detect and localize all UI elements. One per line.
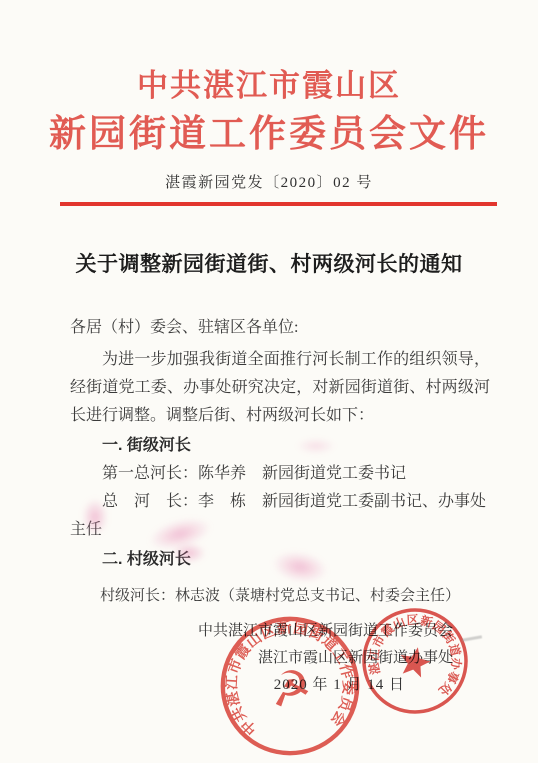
letterhead: 中共湛江市霞山区 新园街道工作委员会文件 湛霞新园党发〔2020〕02 号: [0, 0, 538, 206]
section-1-item-2: 总 河 长：李 栋 新园街道党工委副书记、办事处主任: [70, 488, 490, 544]
document-body: 各居（村）委会、驻辖区各单位: 为进一步加强我街道全面推行河长制工作的组织领导，…: [0, 314, 538, 699]
signature-date: 2020 年 1 月 14 日: [70, 672, 453, 699]
section-2-item-1: 村级河长：林志波（菉塘村党总支书记、村委会主任）: [70, 582, 490, 610]
issuing-org-line2: 新园街道工作委员会文件: [0, 112, 538, 158]
scanned-official-document: 中共湛江市霞山区 新园街道工作委员会文件 湛霞新园党发〔2020〕02 号 关于…: [0, 0, 538, 763]
section-1-item-1: 第一总河长：陈华养 新园街道党工委书记: [70, 460, 490, 488]
section-1-heading: 一. 街级河长: [70, 432, 490, 460]
letterhead-divider-rule: [60, 202, 497, 206]
document-title: 关于调整新园街道街、村两级河长的通知: [0, 248, 538, 278]
signature-office: 湛江市霞山区新园街道办事处: [70, 645, 453, 672]
signature-block: 中共湛江市霞山区新园街道工作委员会 湛江市霞山区新园街道办事处 2020 年 1…: [70, 618, 490, 699]
document-number: 湛霞新园党发〔2020〕02 号: [0, 171, 538, 192]
intro-paragraph: 为进一步加强我街道全面推行河长制工作的组织领导，经街道党工委、办事处研究决定，对…: [70, 346, 490, 430]
section-2-heading: 二. 村级河长: [70, 546, 490, 574]
issuing-org-line1: 中共湛江市霞山区: [0, 0, 538, 106]
signature-committee: 中共湛江市霞山区新园街道工作委员会: [70, 618, 453, 645]
salutation: 各居（村）委会、驻辖区各单位:: [70, 314, 490, 342]
